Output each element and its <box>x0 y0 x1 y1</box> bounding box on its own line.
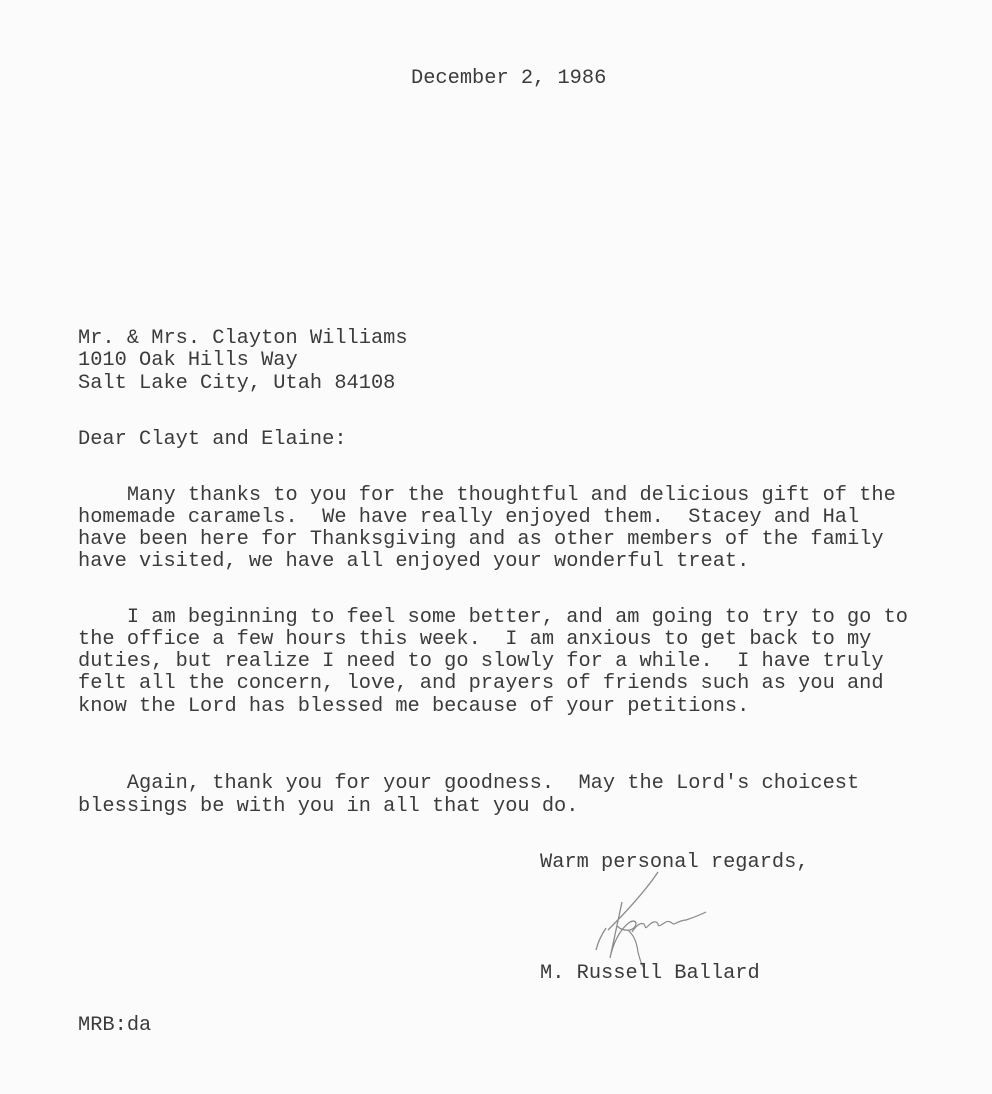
letter-date: December 2, 1986 <box>411 68 606 90</box>
paragraph-3-line-2: blessings be with you in all that you do… <box>78 796 578 818</box>
paragraph-1-line-2: homemade caramels. We have really enjoye… <box>78 507 859 529</box>
paragraph-1-line-1: Many thanks to you for the thoughtful an… <box>78 485 896 507</box>
recipient-name: Mr. & Mrs. Clayton Williams <box>78 328 408 350</box>
reference-initials: MRB:da <box>78 1015 151 1037</box>
paragraph-2-line-5: know the Lord has blessed me because of … <box>78 696 749 718</box>
paragraph-2-line-2: the office a few hours this week. I am a… <box>78 629 871 651</box>
salutation: Dear Clayt and Elaine: <box>78 429 347 451</box>
handwritten-signature <box>588 868 718 968</box>
paragraph-2-line-3: duties, but realize I need to go slowly … <box>78 651 884 673</box>
paragraph-3-line-1: Again, thank you for your goodness. May … <box>78 773 859 795</box>
recipient-street: 1010 Oak Hills Way <box>78 350 298 372</box>
paragraph-1-line-4: have visited, we have all enjoyed your w… <box>78 551 749 573</box>
paragraph-2-line-1: I am beginning to feel some better, and … <box>78 607 908 629</box>
recipient-city-state-zip: Salt Lake City, Utah 84108 <box>78 373 395 395</box>
paragraph-2-line-4: felt all the concern, love, and prayers … <box>78 673 884 695</box>
signer-name: M. Russell Ballard <box>540 963 760 985</box>
paragraph-1-line-3: have been here for Thanksgiving and as o… <box>78 529 884 551</box>
letter-page: December 2, 1986 Mr. & Mrs. Clayton Will… <box>0 0 992 1094</box>
